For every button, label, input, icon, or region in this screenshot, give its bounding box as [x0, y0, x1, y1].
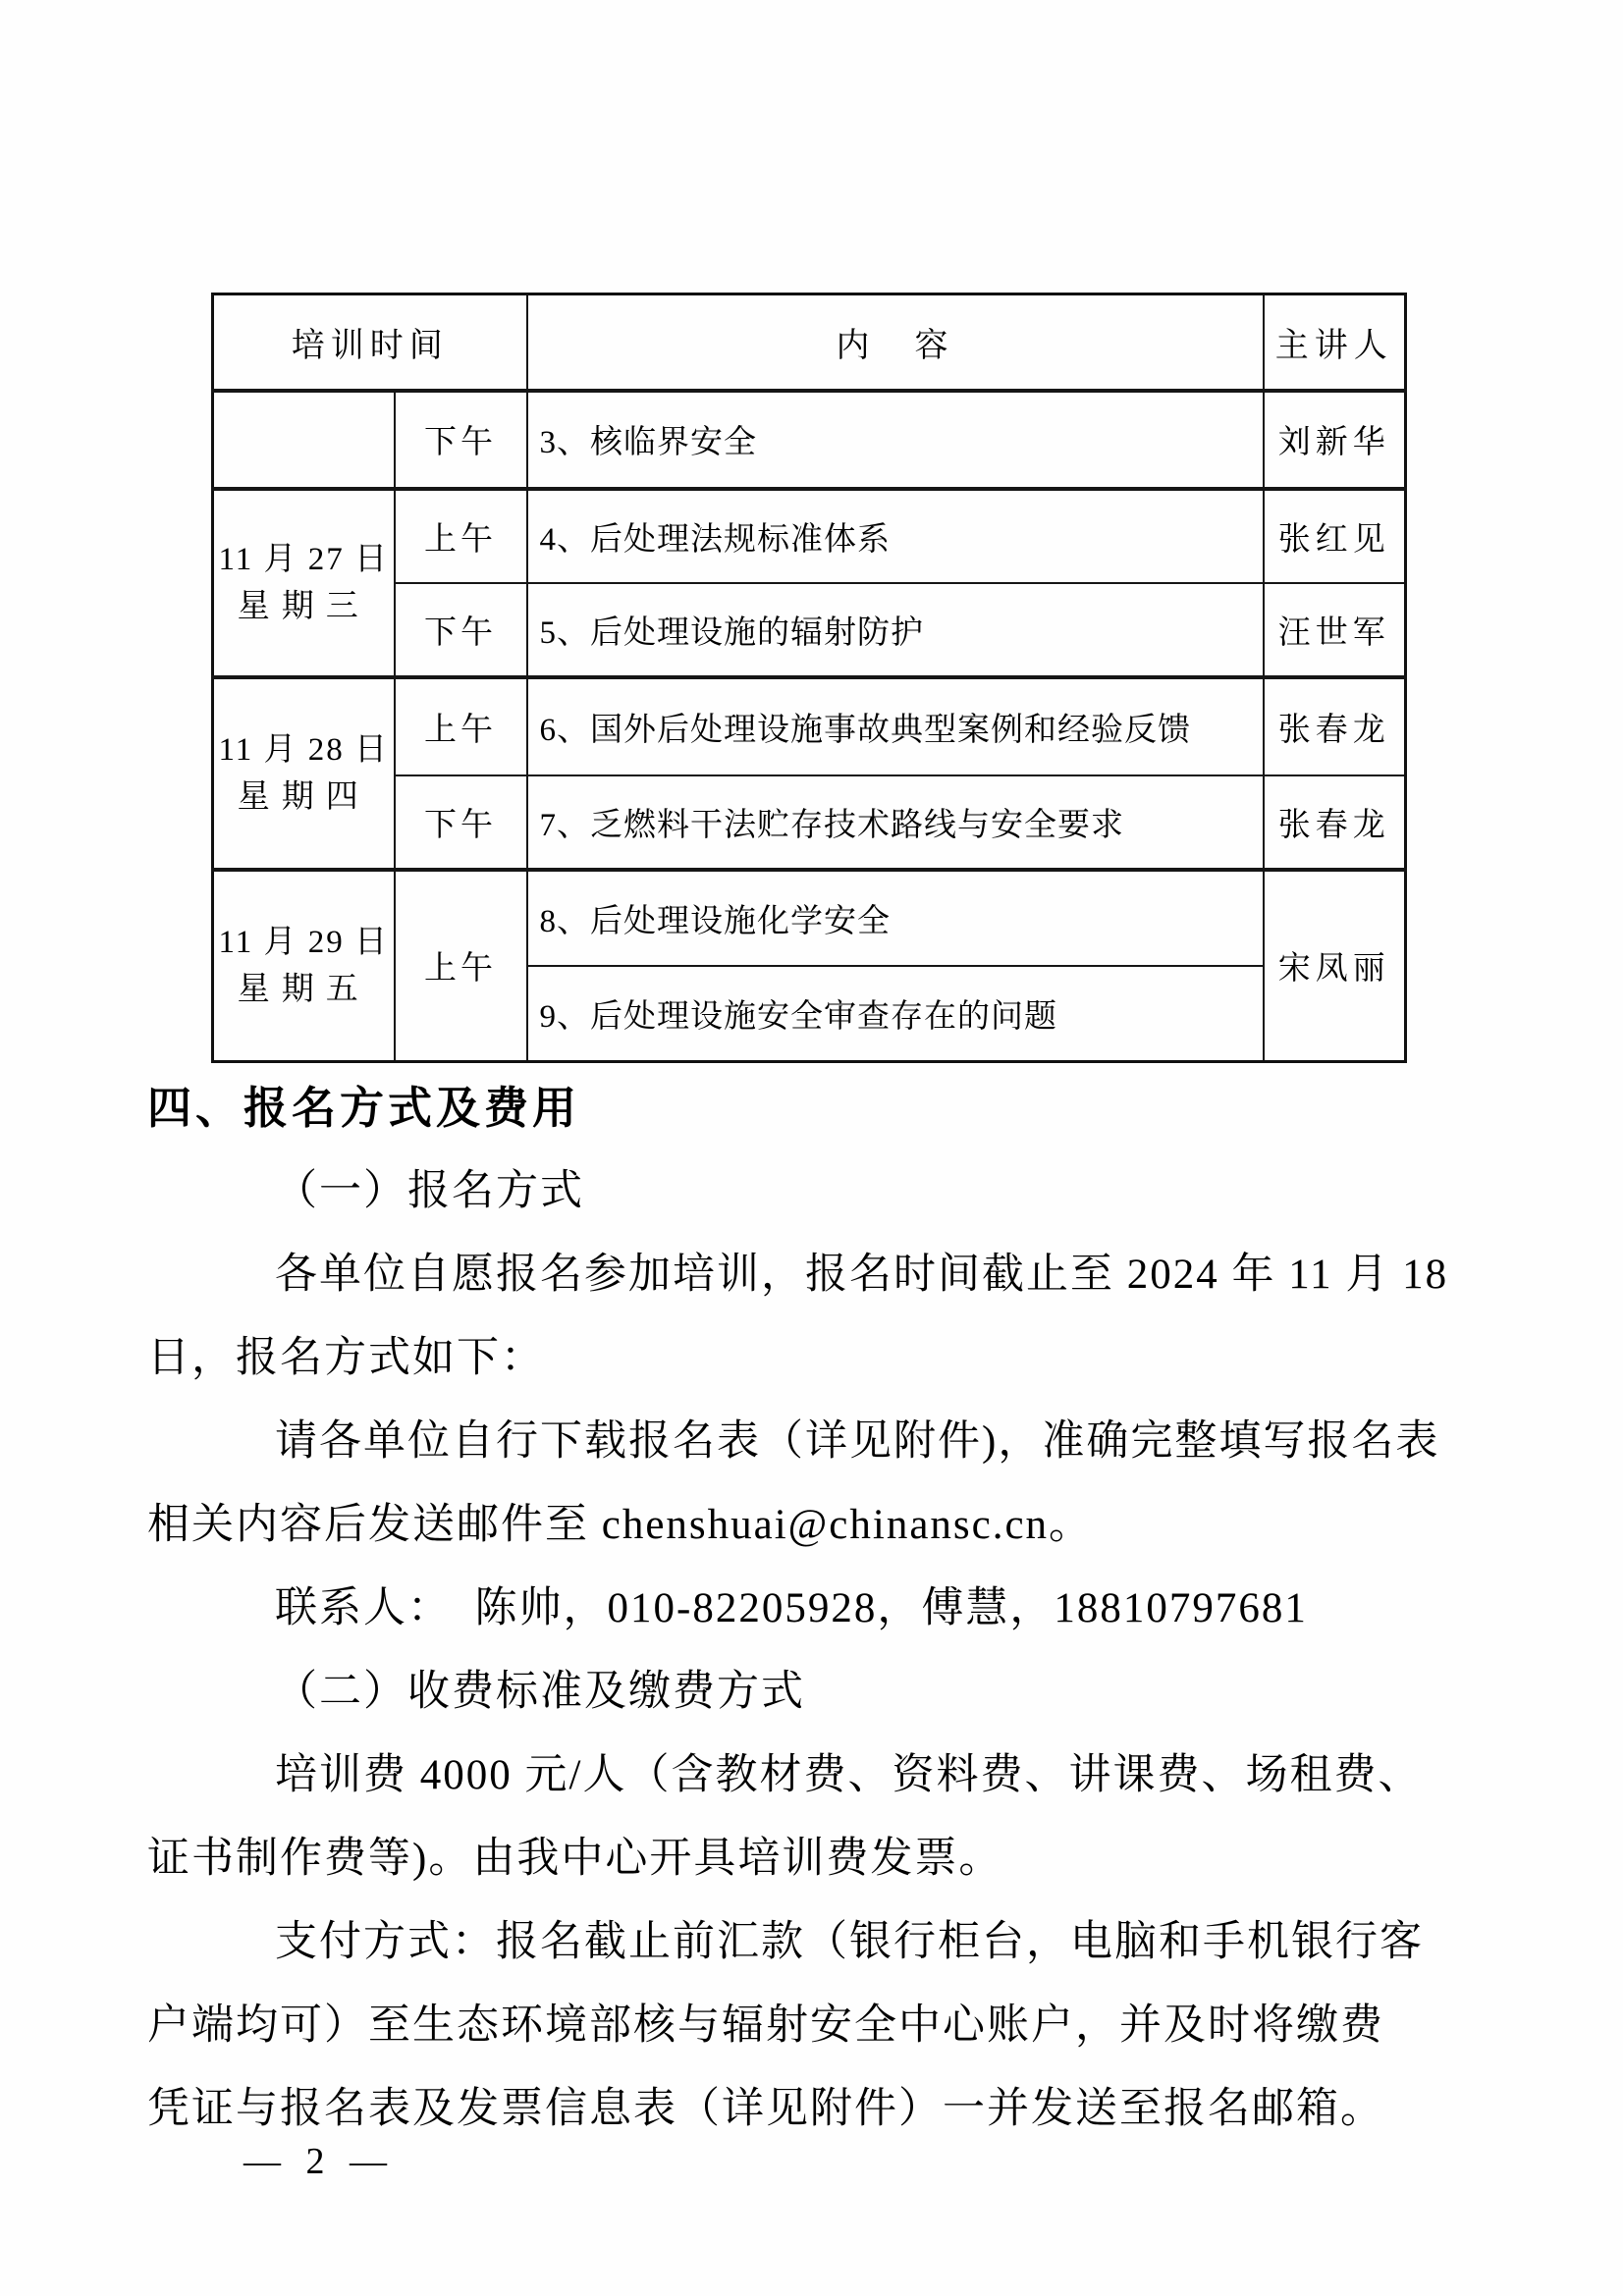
header-cell-content: 内 容 — [527, 294, 1264, 391]
body-line: （一）报名方式 — [147, 1149, 1502, 1233]
cell-content: 3、核临界安全 — [527, 391, 1264, 489]
table-header-row: 培训时间 内 容 主讲人 — [213, 294, 1406, 391]
date-text: 11 月 27 日 — [214, 536, 394, 583]
cell-date-nov27: 11 月 27 日 星期三 — [213, 489, 395, 677]
body-line: 请各单位自行下载报名表（详见附件)，准确完整填写报名表 — [147, 1400, 1502, 1483]
table-row: 11 月 27 日 星期三 上午 4、后处理法规标准体系 张红见 — [213, 489, 1406, 583]
date-text: 11 月 28 日 — [214, 726, 394, 774]
cell-time: 上午 — [395, 489, 527, 583]
cell-content: 9、后处理设施安全审查存在的问题 — [527, 966, 1264, 1062]
cell-speaker: 刘新华 — [1264, 391, 1406, 489]
table-row: 11 月 29 日 星期五 上午 8、后处理设施化学安全 宋凤丽 — [213, 870, 1406, 966]
cell-date-empty — [213, 391, 395, 489]
body-line: 各单位自愿报名参加培训，报名时间截止至 2024 年 11 月 18 — [147, 1233, 1502, 1316]
body-line: 相关内容后发送邮件至 chenshuai@chinansc.cn。 — [147, 1483, 1502, 1567]
cell-content: 7、乏燃料干法贮存技术路线与安全要求 — [527, 775, 1264, 870]
header-cell-speaker: 主讲人 — [1264, 294, 1406, 391]
document-page: 培训时间 内 容 主讲人 下午 3、核临界安全 刘新华 11 月 27 日 星期… — [0, 0, 1623, 2296]
body-line: 联系人： 陈帅，010-82205928，傅慧，18810797681 — [147, 1567, 1502, 1650]
training-schedule-table: 培训时间 内 容 主讲人 下午 3、核临界安全 刘新华 11 月 27 日 星期… — [211, 293, 1407, 1063]
cell-time: 下午 — [395, 391, 527, 489]
page-number: — 2 — — [243, 2132, 395, 2191]
cell-content: 6、国外后处理设施事故典型案例和经验反馈 — [527, 677, 1264, 775]
table-row: 11 月 28 日 星期四 上午 6、国外后处理设施事故典型案例和经验反馈 张春… — [213, 677, 1406, 775]
body-line: 日，报名方式如下： — [147, 1316, 1502, 1400]
cell-speaker: 张春龙 — [1264, 677, 1406, 775]
weekday-text: 星期五 — [214, 966, 394, 1013]
weekday-text: 星期四 — [214, 774, 394, 821]
table-row: 下午 3、核临界安全 刘新华 — [213, 391, 1406, 489]
cell-content: 8、后处理设施化学安全 — [527, 870, 1264, 966]
body-line: 户端均可）至生态环境部核与辐射安全中心账户，并及时将缴费 — [147, 1984, 1502, 2067]
cell-content: 4、后处理法规标准体系 — [527, 489, 1264, 583]
section-heading-registration: 四、报名方式及费用 — [147, 1066, 1502, 1149]
cell-time: 上午 — [395, 677, 527, 775]
cell-content: 5、后处理设施的辐射防护 — [527, 583, 1264, 677]
cell-date-nov28: 11 月 28 日 星期四 — [213, 677, 395, 870]
cell-speaker: 宋凤丽 — [1264, 870, 1406, 1062]
body-line: 证书制作费等)。由我中心开具培训费发票。 — [147, 1817, 1502, 1900]
body-line: 支付方式：报名截止前汇款（银行柜台，电脑和手机银行客 — [147, 1900, 1502, 1984]
body-line: 培训费 4000 元/人（含教材费、资料费、讲课费、场租费、 — [147, 1734, 1502, 1817]
body-text: 四、报名方式及费用 （一）报名方式 各单位自愿报名参加培训，报名时间截止至 20… — [147, 1066, 1502, 2151]
date-text: 11 月 29 日 — [214, 919, 394, 966]
cell-time: 上午 — [395, 870, 527, 1062]
cell-time: 下午 — [395, 583, 527, 677]
cell-speaker: 张红见 — [1264, 489, 1406, 583]
body-line: （二）收费标准及缴费方式 — [147, 1650, 1502, 1734]
header-cell-training-time: 培训时间 — [213, 294, 527, 391]
cell-speaker: 汪世军 — [1264, 583, 1406, 677]
cell-speaker: 张春龙 — [1264, 775, 1406, 870]
weekday-text: 星期三 — [214, 583, 394, 630]
cell-time: 下午 — [395, 775, 527, 870]
cell-date-nov29: 11 月 29 日 星期五 — [213, 870, 395, 1062]
